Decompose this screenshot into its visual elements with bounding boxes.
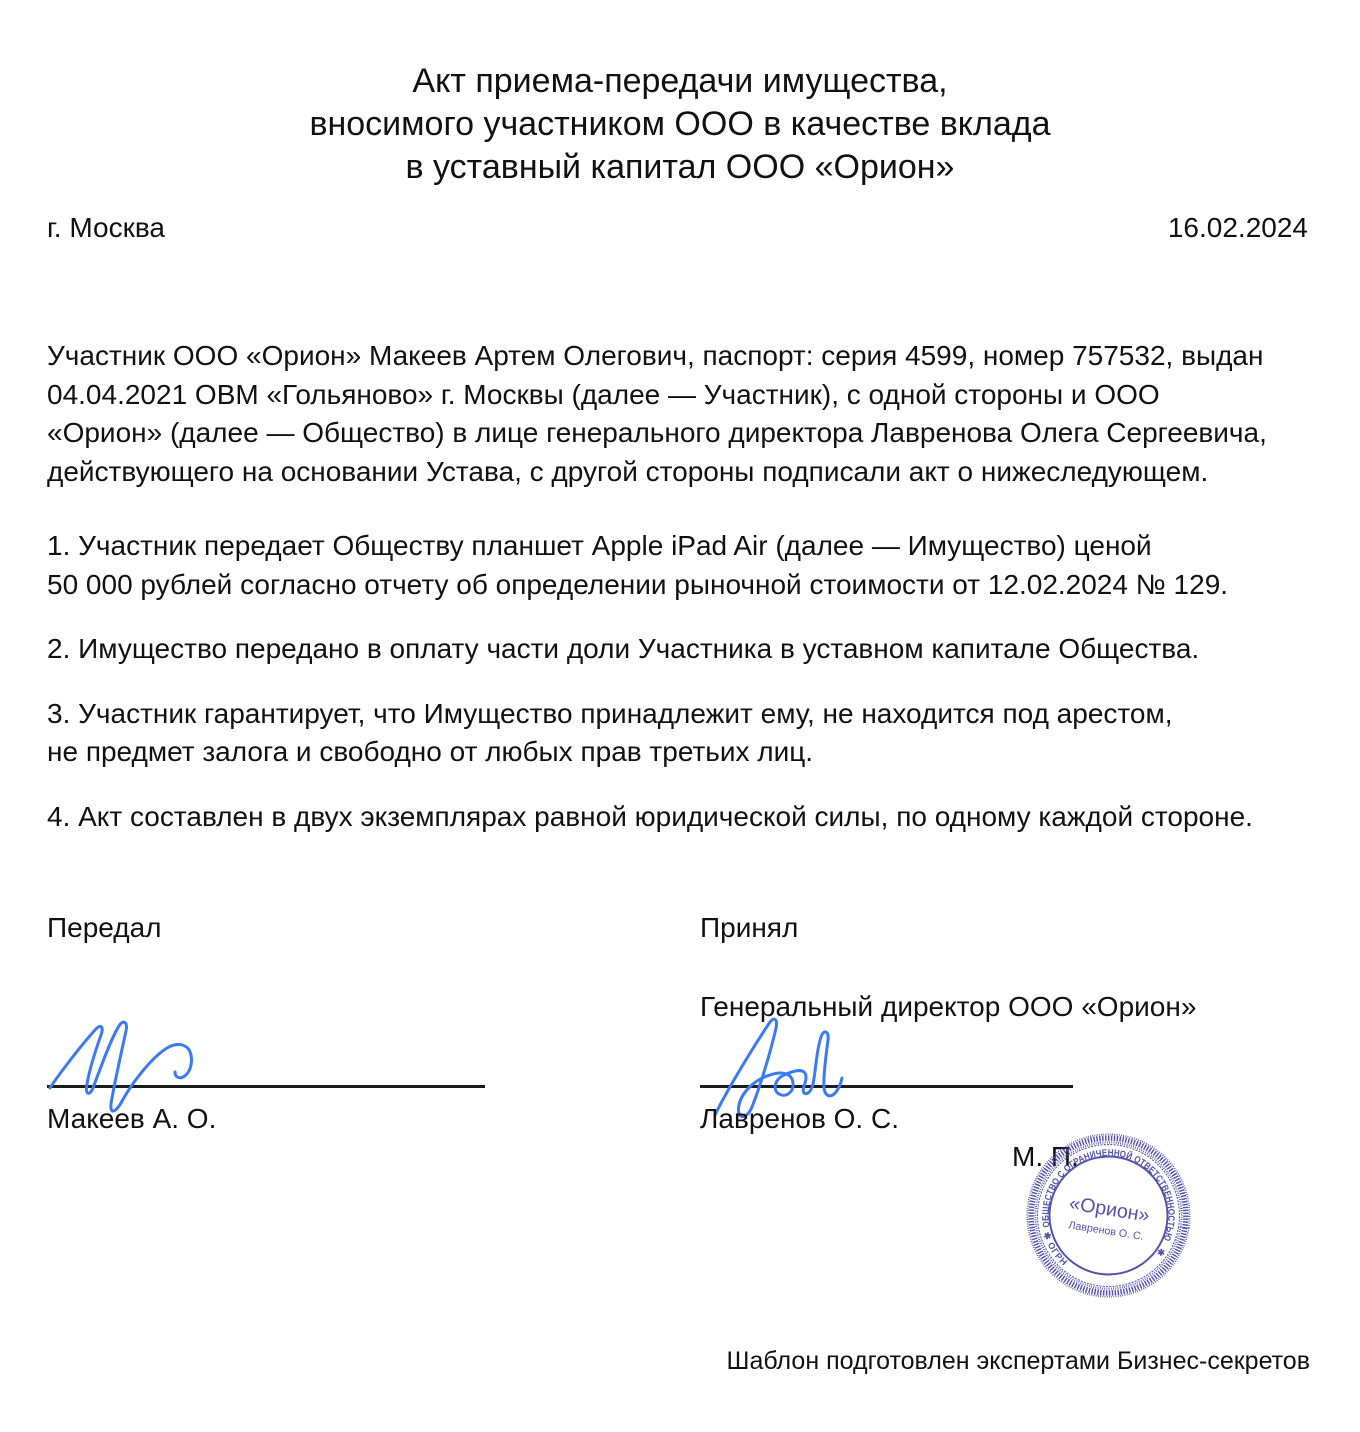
transferor-name: Макеев А. О. [47, 1102, 216, 1136]
transferor-role-label: Передал [47, 911, 161, 945]
receiver-signature-line [700, 1085, 1073, 1088]
intro-paragraph: Участник ООО «Орион» Макеев Артем Олегов… [47, 337, 1310, 491]
document-date: 16.02.2024 [1168, 212, 1308, 244]
receiver-role-label: Принял [700, 911, 798, 945]
document-page: Акт приема-передачи имущества, вносимого… [0, 0, 1360, 1432]
clause-4: 4. Акт составлен в двух экземплярах равн… [47, 798, 1310, 837]
document-body: Участник ООО «Орион» Макеев Артем Олегов… [47, 337, 1310, 862]
city-date-row: г. Москва 16.02.2024 [47, 212, 1308, 244]
city-label: г. Москва [47, 212, 165, 244]
title-line-3: в уставный капитал ООО «Орион» [0, 146, 1360, 189]
receiver-position: Генеральный директор ООО «Орион» [700, 990, 1196, 1024]
signature-block-receiver: Принял Генеральный директор ООО «Орион» … [700, 905, 1260, 1145]
signature-block-transferor: Передал Макеев А. О. [47, 905, 507, 1145]
company-stamp: ОБЩЕСТВО С ОГРАНИЧЕННОЙ ОТВЕТСТВЕННОСТЬЮ… [1023, 1130, 1194, 1301]
title-line-2: вносимого участником ООО в качестве вкла… [0, 103, 1360, 146]
document-title: Акт приема-передачи имущества, вносимого… [0, 60, 1360, 189]
footer-credit: Шаблон подготовлен экспертами Бизнес-сек… [727, 1346, 1310, 1376]
title-line-1: Акт приема-передачи имущества, [0, 60, 1360, 103]
clause-2: 2. Имущество передано в оплату части дол… [47, 630, 1310, 669]
clause-3: 3. Участник гарантирует, что Имущество п… [47, 695, 1310, 772]
receiver-name: Лавренов О. С. [700, 1102, 899, 1136]
clause-1: 1. Участник передает Обществу планшет Ap… [47, 527, 1310, 604]
transferor-signature-line [47, 1085, 485, 1088]
